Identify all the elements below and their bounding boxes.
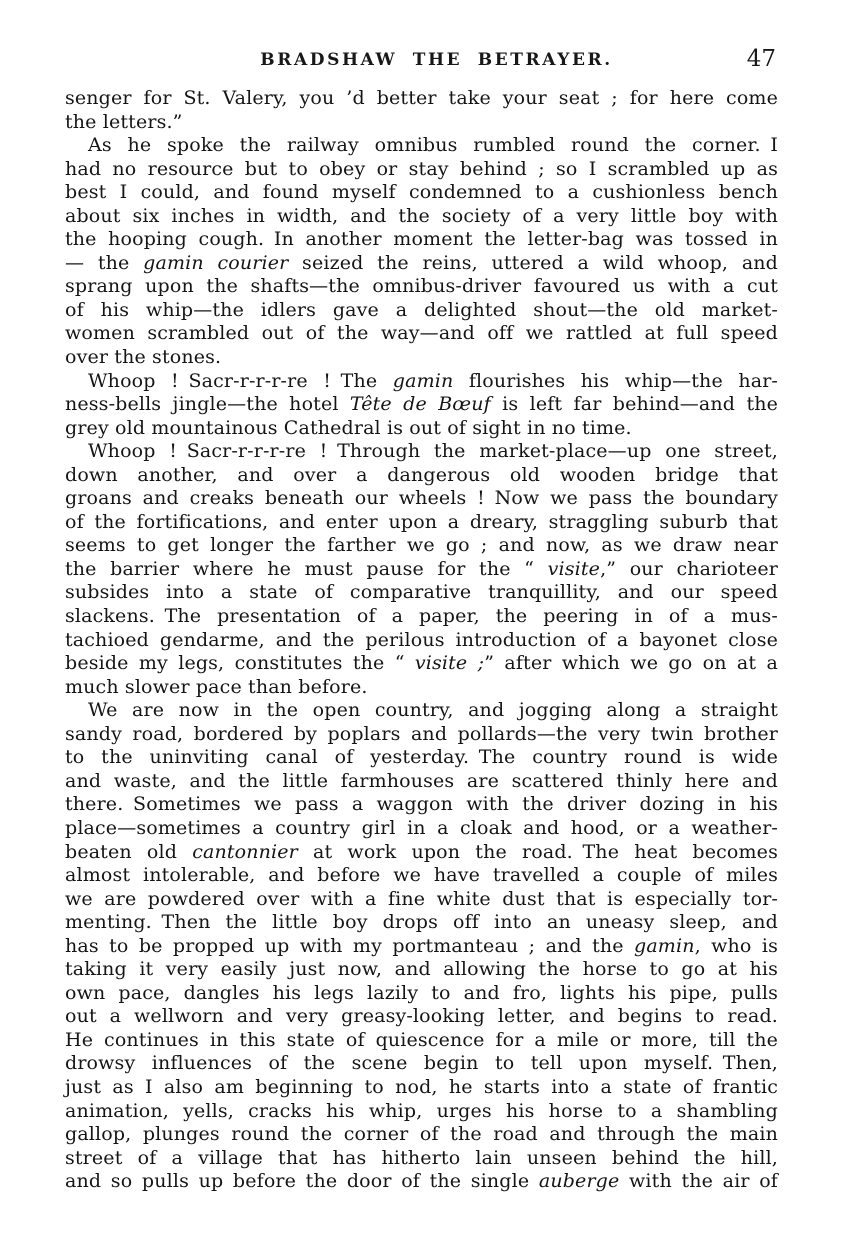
text-line: almost intolerable, and before we have t… — [65, 864, 778, 888]
text-line: out a wellworn and very greasy-looking l… — [65, 1005, 778, 1029]
text-line: Whoop ! Sacr-r-r-r-re ! The gamin flouri… — [65, 370, 778, 394]
text-line: down another, and over a dangerous old w… — [65, 464, 778, 488]
text-line: there. Sometimes we pass a waggon with t… — [65, 793, 778, 817]
text-run: animation, yells, cracks his whip, urges… — [65, 1100, 778, 1122]
text-run: seems to get longer the farther we go ; … — [65, 534, 778, 556]
text-line: seems to get longer the farther we go ; … — [65, 534, 778, 558]
text-run: best I could, and found myself condemned… — [65, 181, 778, 203]
text-line: He continues in this state of quiescence… — [65, 1029, 778, 1053]
italic-text-run: auberge — [539, 1170, 620, 1192]
text-run: of his whip—the idlers gave a delighted … — [65, 299, 778, 321]
text-run: has to be propped up with my portmanteau… — [65, 935, 634, 957]
text-run: we are powdered over with a fine white d… — [65, 888, 778, 910]
text-line: tachioed gendarme, and the perilous intr… — [65, 629, 778, 653]
text-line: gallop, plunges round the corner of the … — [65, 1123, 778, 1147]
text-block: senger for St. Valery, you ’d better tak… — [65, 87, 778, 1194]
text-run: down another, and over a dangerous old w… — [65, 464, 778, 486]
text-line: menting. Then the little boy drops off i… — [65, 911, 778, 935]
text-run: groans and creaks beneath our wheels ! N… — [65, 487, 778, 509]
text-line: beside my legs, constitutes the “ visite… — [65, 652, 778, 676]
text-run: slackens. The presentation of a paper, t… — [65, 605, 778, 627]
running-header: BRADSHAW THE BETRAYER. 47 — [65, 46, 778, 74]
text-run: women scrambled out of the way—and off w… — [65, 322, 778, 344]
text-line: taking it very easily just now, and allo… — [65, 958, 778, 982]
text-line: subsides into a state of comparative tra… — [65, 581, 778, 605]
text-run: As he spoke the railway omnibus rumbled … — [88, 134, 778, 156]
page-number: 47 — [747, 46, 776, 72]
text-run: the letters.” — [65, 111, 183, 133]
italic-text-run: cantonnier — [192, 841, 298, 863]
text-run: ,” our charioteer — [600, 558, 778, 580]
text-run: own pace, dangles his legs lazily to and… — [65, 982, 778, 1004]
text-run: ness-bells jingle—the hotel — [65, 393, 350, 415]
text-run: and so pulls up before the door of the s… — [65, 1170, 539, 1192]
book-page-scan: BRADSHAW THE BETRAYER. 47 senger for St.… — [0, 0, 842, 1244]
text-line: of the fortifications, and enter upon a … — [65, 511, 778, 535]
text-line: ness-bells jingle—the hotel Tête de Bœuf… — [65, 393, 778, 417]
text-run: Whoop ! Sacr-r-r-r-re ! Through the mark… — [88, 440, 778, 462]
text-run: at work upon the road. The heat becomes — [298, 841, 778, 863]
text-run: ” after which we go on at a — [484, 652, 778, 674]
text-run: , who is — [695, 935, 778, 957]
text-line: over the stones. — [65, 346, 778, 370]
text-line: own pace, dangles his legs lazily to and… — [65, 982, 778, 1006]
text-run: We are now in the open country, and jogg… — [88, 699, 778, 721]
text-line: place—sometimes a country girl in a cloa… — [65, 817, 778, 841]
text-line: of his whip—the idlers gave a delighted … — [65, 299, 778, 323]
text-line: the letters.” — [65, 111, 778, 135]
text-line: about six inches in width, and the socie… — [65, 205, 778, 229]
text-run: the barrier where he must pause for the … — [65, 558, 548, 580]
text-line: street of a village that has hitherto la… — [65, 1147, 778, 1171]
text-line: — the gamin courier seized the reins, ut… — [65, 252, 778, 276]
text-run: taking it very easily just now, and allo… — [65, 958, 778, 980]
text-line: Whoop ! Sacr-r-r-r-re ! Through the mark… — [65, 440, 778, 464]
text-run: subsides into a state of comparative tra… — [65, 581, 778, 603]
text-line: and waste, and the little farmhouses are… — [65, 770, 778, 794]
text-run: about six inches in width, and the socie… — [65, 205, 778, 227]
text-run: of the fortifications, and enter upon a … — [65, 511, 778, 533]
text-line: beaten old cantonnier at work upon the r… — [65, 841, 778, 865]
text-line: the barrier where he must pause for the … — [65, 558, 778, 582]
text-run: street of a village that has hitherto la… — [65, 1147, 778, 1169]
text-line: much slower pace than before. — [65, 676, 778, 700]
text-run: sprang upon the shafts—the omnibus-drive… — [65, 275, 778, 297]
text-run: He continues in this state of quiescence… — [65, 1029, 778, 1051]
text-line: senger for St. Valery, you ’d better tak… — [65, 87, 778, 111]
text-line: had no resource but to obey or stay behi… — [65, 158, 778, 182]
text-line: just as I also am beginning to nod, he s… — [65, 1076, 778, 1100]
italic-text-run: gamin courier — [143, 252, 288, 274]
text-run: tachioed gendarme, and the perilous intr… — [65, 629, 778, 651]
text-line: to the uninviting canal of yesterday. Th… — [65, 746, 778, 770]
text-run: with the air of — [619, 1170, 778, 1192]
text-run: out a wellworn and very greasy-looking l… — [65, 1005, 778, 1027]
italic-text-run: Tête de Bœuf — [350, 393, 491, 415]
text-run: beside my legs, constitutes the “ — [65, 652, 415, 674]
text-run: place—sometimes a country girl in a cloa… — [65, 817, 778, 839]
page-title: BRADSHAW THE BETRAYER. — [95, 50, 778, 70]
text-line: We are now in the open country, and jogg… — [65, 699, 778, 723]
text-line: sandy road, bordered by poplars and poll… — [65, 723, 778, 747]
text-run: is left far behind—and the — [491, 393, 778, 415]
text-line: women scrambled out of the way—and off w… — [65, 322, 778, 346]
text-run: just as I also am beginning to nod, he s… — [65, 1076, 778, 1098]
text-run: over the stones. — [65, 346, 221, 368]
text-run: almost intolerable, and before we have t… — [65, 864, 778, 886]
text-line: slackens. The presentation of a paper, t… — [65, 605, 778, 629]
text-line: drowsy influences of the scene begin to … — [65, 1052, 778, 1076]
text-line: and so pulls up before the door of the s… — [65, 1170, 778, 1194]
text-line: As he spoke the railway omnibus rumbled … — [65, 134, 778, 158]
text-line: best I could, and found myself condemned… — [65, 181, 778, 205]
text-run: had no resource but to obey or stay behi… — [65, 158, 778, 180]
text-line: sprang upon the shafts—the omnibus-drive… — [65, 275, 778, 299]
text-run: grey old mountainous Cathedral is out of… — [65, 417, 632, 439]
text-run: sandy road, bordered by poplars and poll… — [65, 723, 778, 745]
text-line: has to be propped up with my portmanteau… — [65, 935, 778, 959]
text-run: — the — [65, 252, 143, 274]
text-line: groans and creaks beneath our wheels ! N… — [65, 487, 778, 511]
italic-text-run: gamin — [393, 370, 454, 392]
text-run: flourishes his whip—the har- — [453, 370, 778, 392]
text-run: and waste, and the little farmhouses are… — [65, 770, 778, 792]
text-run: menting. Then the little boy drops off i… — [65, 911, 778, 933]
italic-text-run: visite ; — [415, 652, 484, 674]
text-run: much slower pace than before. — [65, 676, 368, 698]
text-line: animation, yells, cracks his whip, urges… — [65, 1100, 778, 1124]
text-run: there. Sometimes we pass a waggon with t… — [65, 793, 778, 815]
text-line: grey old mountainous Cathedral is out of… — [65, 417, 778, 441]
text-run: senger for St. Valery, you ’d better tak… — [65, 87, 778, 109]
text-run: beaten old — [65, 841, 192, 863]
text-run: gallop, plunges round the corner of the … — [65, 1123, 778, 1145]
text-run: to the uninviting canal of yesterday. Th… — [65, 746, 778, 768]
text-run: seized the reins, uttered a wild whoop, … — [288, 252, 778, 274]
text-run: the hooping cough. In another moment the… — [65, 228, 778, 250]
italic-text-run: visite — [548, 558, 600, 580]
text-line: the hooping cough. In another moment the… — [65, 228, 778, 252]
text-run: drowsy influences of the scene begin to … — [65, 1052, 778, 1074]
italic-text-run: gamin — [634, 935, 695, 957]
text-line: we are powdered over with a fine white d… — [65, 888, 778, 912]
text-run: Whoop ! Sacr-r-r-r-re ! The — [88, 370, 393, 392]
